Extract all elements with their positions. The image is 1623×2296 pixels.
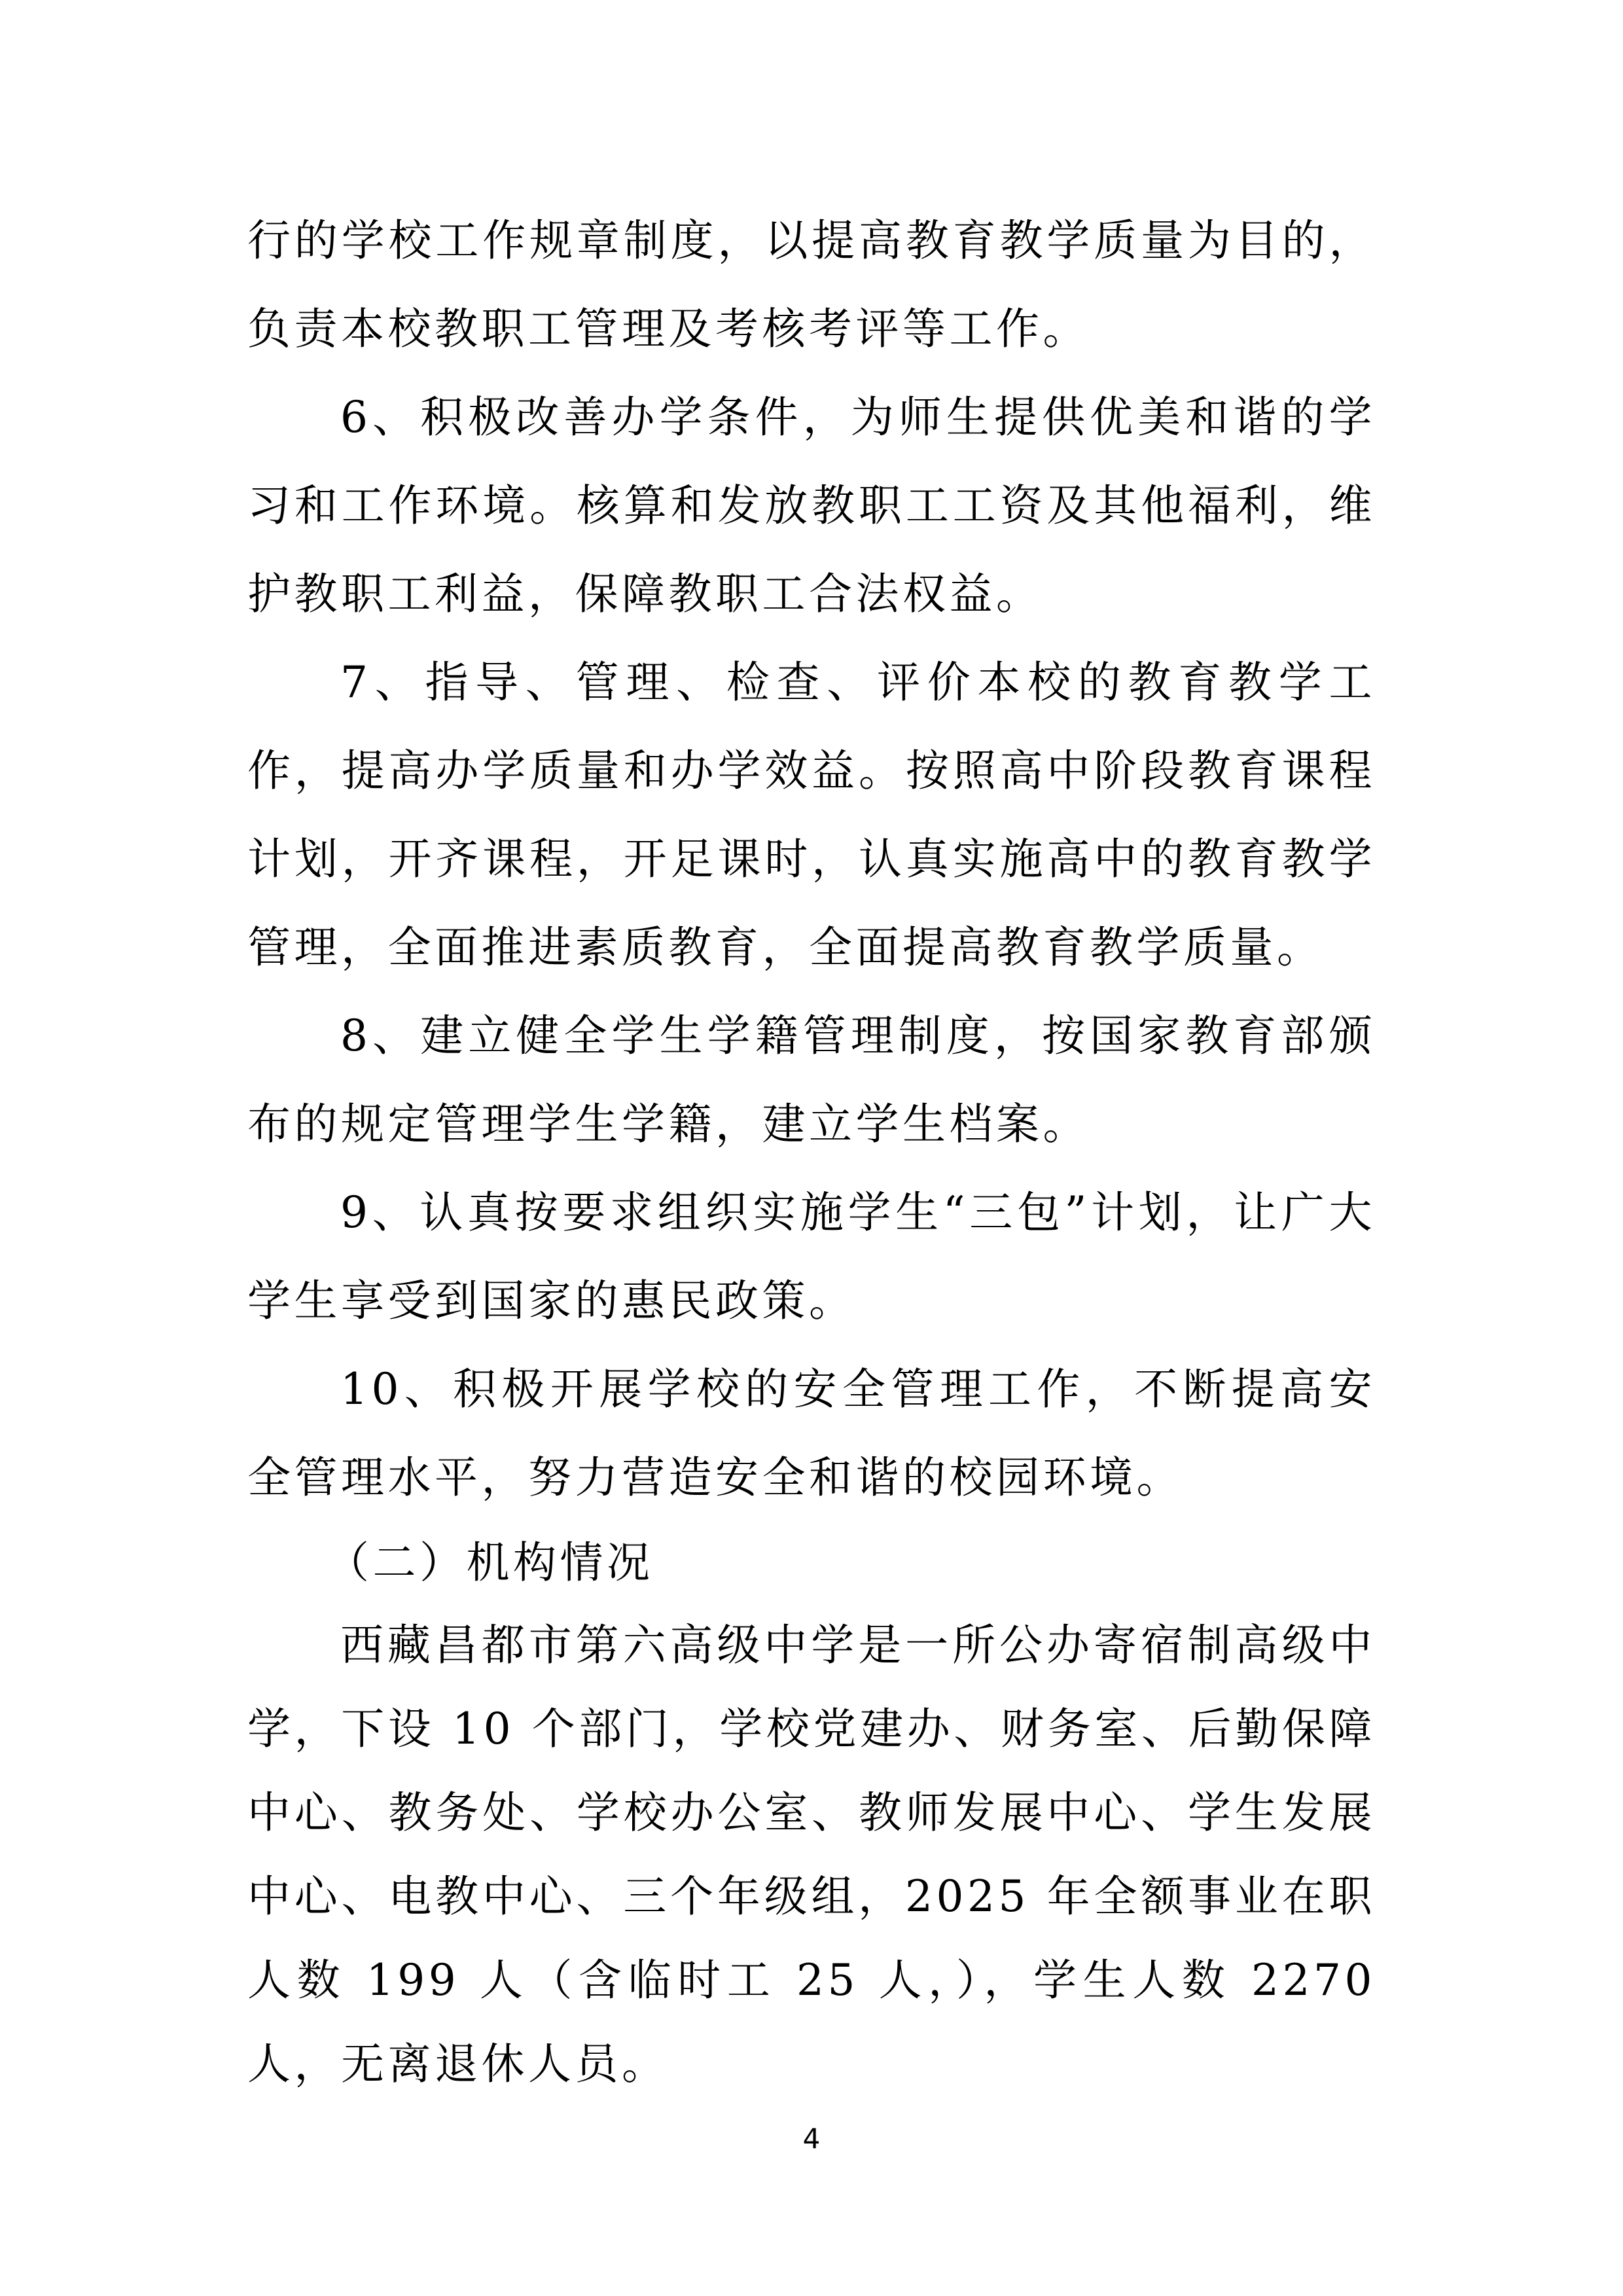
document-page: 行的学校工作规章制度，以提高教育教学质量为目的，负责本校教职工管理及考核考评等工… [0, 0, 1623, 2296]
paragraph-duty-10: 10、积极开展学校的安全管理工作，不断提高安全管理水平，努力营造安全和谐的校园环… [247, 1345, 1376, 1522]
paragraph-duty-6: 6、积极改善办学条件，为师生提供优美和谐的学习和工作环境。核算和发放教职工工资及… [247, 373, 1376, 638]
page-number: 4 [0, 2119, 1623, 2159]
paragraph-duty-7: 7、指导、管理、检查、评价本校的教育教学工作，提高办学质量和办学效益。按照高中阶… [247, 638, 1376, 992]
paragraph-duties-5-continued: 行的学校工作规章制度，以提高教育教学质量为目的，负责本校教职工管理及考核考评等工… [247, 196, 1376, 373]
paragraph-duty-9: 9、认真按要求组织实施学生“三包”计划，让广大学生享受到国家的惠民政策。 [247, 1168, 1376, 1345]
paragraph-organization: 西藏昌都市第六高级中学是一所公办寄宿制高级中学，下设 10 个部门，学校党建办、… [247, 1604, 1376, 2106]
section-heading-organization: （二）机构情况 [247, 1522, 1376, 1604]
document-body: 行的学校工作规章制度，以提高教育教学质量为目的，负责本校教职工管理及考核考评等工… [247, 196, 1376, 2106]
paragraph-duty-8: 8、建立健全学生学籍管理制度，按国家教育部颁布的规定管理学生学籍，建立学生档案。 [247, 992, 1376, 1168]
